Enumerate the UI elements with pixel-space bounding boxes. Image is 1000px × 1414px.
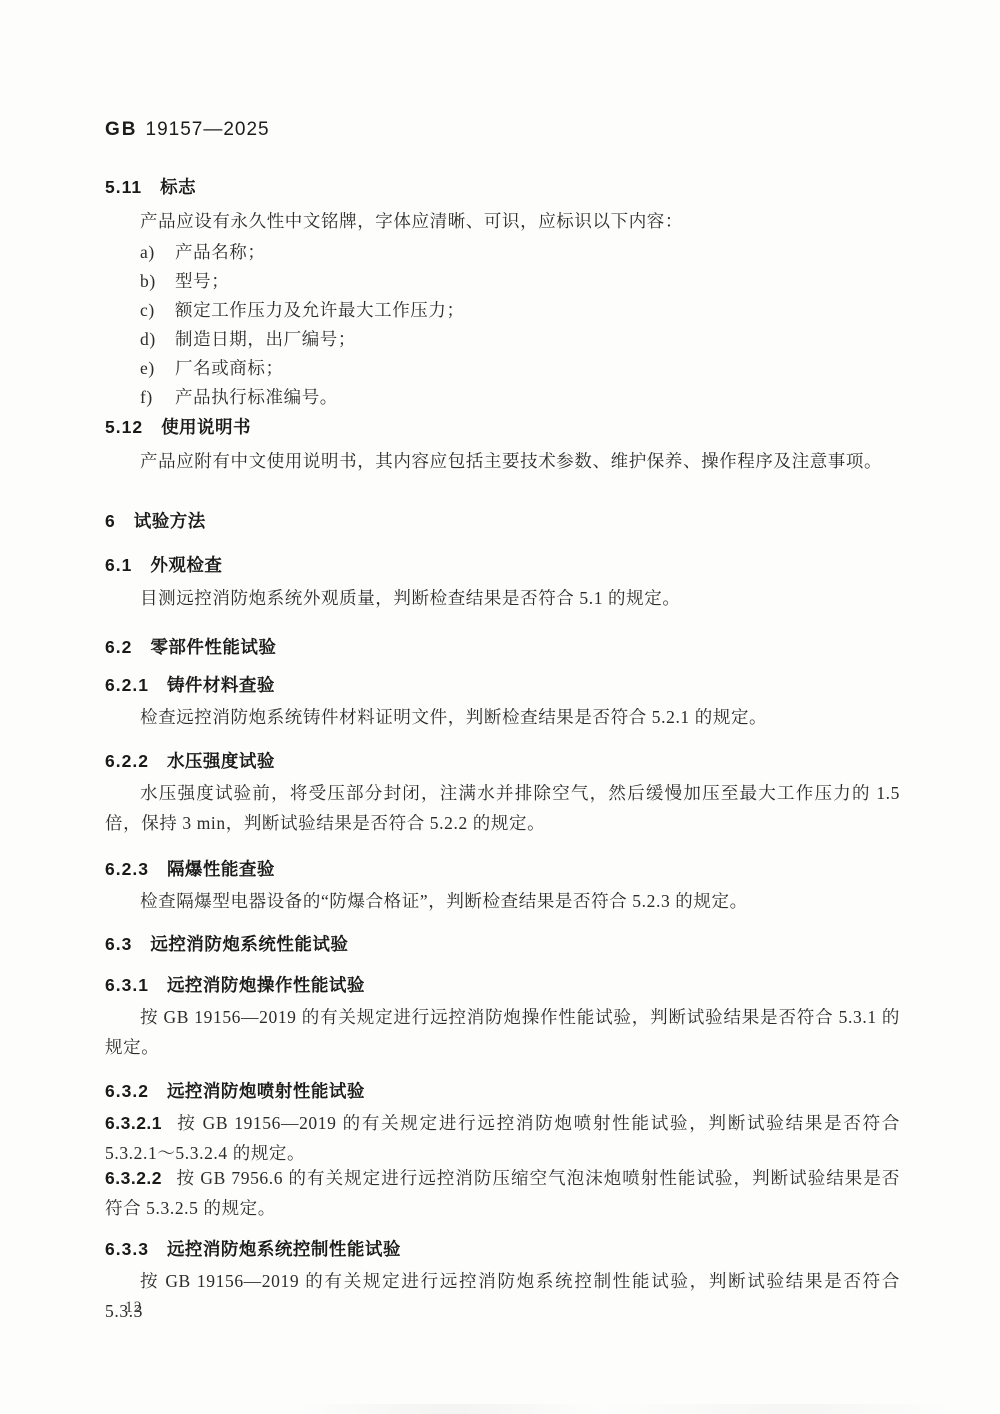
paragraph-5-11-intro: 产品应设有永久性中文铭牌，字体应清晰、可识，应标识以下内容： — [105, 206, 900, 236]
list-item: b)型号； — [140, 267, 900, 296]
page-number: 12 — [125, 1298, 143, 1318]
heading-number: 6.3.2 — [105, 1081, 149, 1101]
heading-5-11: 5.11标志 — [105, 177, 196, 197]
standard-code-header: GB19157—2025 — [105, 119, 270, 141]
heading-number: 6.1 — [105, 555, 132, 575]
heading-6-2-1: 6.2.1铸件材料查验 — [105, 675, 275, 695]
heading-number: 6 — [105, 511, 116, 531]
heading-6-3-2: 6.3.2远控消防炮喷射性能试验 — [105, 1081, 365, 1101]
heading-title: 隔爆性能查验 — [167, 859, 275, 879]
clause-text: 按 GB 19156—2019 的有关规定进行远控消防炮喷射性能试验，判断试验结… — [105, 1113, 900, 1163]
heading-title: 试验方法 — [134, 511, 206, 531]
list-item: e)厂名或商标； — [140, 354, 900, 383]
heading-title: 使用说明书 — [161, 417, 251, 437]
paragraph-6-2-1: 检查远控消防炮系统铸件材料证明文件，判断检查结果是否符合 5.2.1 的规定。 — [105, 702, 900, 732]
list-item-text: 产品执行标准编号。 — [175, 383, 338, 412]
heading-number: 6.3.1 — [105, 975, 149, 995]
heading-number: 5.11 — [105, 177, 142, 197]
heading-number: 6.2.3 — [105, 859, 149, 879]
paragraph-6-3-2-1: 6.3.2.1按 GB 19156—2019 的有关规定进行远控消防炮喷射性能试… — [105, 1108, 900, 1168]
list-item-marker: c) — [140, 296, 175, 325]
heading-title: 标志 — [160, 177, 196, 197]
heading-6: 6试验方法 — [105, 511, 206, 531]
list-item-text: 制造日期，出厂编号； — [175, 325, 356, 354]
heading-number: 6.2.2 — [105, 751, 149, 771]
heading-6-3-1: 6.3.1远控消防炮操作性能试验 — [105, 975, 365, 995]
list-item-text: 厂名或商标； — [175, 354, 284, 383]
heading-title: 零部件性能试验 — [150, 637, 276, 657]
list-item-marker: d) — [140, 325, 175, 354]
paragraph-6-3-3: 按 GB 19156—2019 的有关规定进行远控消防炮系统控制性能试验，判断试… — [105, 1266, 900, 1326]
list-item-marker: a) — [140, 238, 175, 267]
heading-title: 远控消防炮操作性能试验 — [167, 975, 365, 995]
list-item: d)制造日期，出厂编号； — [140, 325, 900, 354]
standard-code-number: 19157—2025 — [146, 119, 270, 140]
heading-title: 远控消防炮系统性能试验 — [150, 934, 348, 954]
heading-number: 6.3 — [105, 934, 132, 954]
paragraph-6-1: 目测远控消防炮系统外观质量，判断检查结果是否符合 5.1 的规定。 — [105, 583, 900, 613]
list-item-text: 产品名称； — [175, 238, 266, 267]
list-item-marker: b) — [140, 267, 175, 296]
list-item-text: 额定工作压力及允许最大工作压力； — [175, 296, 465, 325]
heading-number: 6.2.1 — [105, 675, 149, 695]
heading-6-2-2: 6.2.2水压强度试验 — [105, 751, 275, 771]
paragraph-6-3-1: 按 GB 19156—2019 的有关规定进行远控消防炮操作性能试验，判断试验结… — [105, 1002, 900, 1062]
heading-6-1: 6.1外观检查 — [105, 555, 222, 575]
heading-6-3-3: 6.3.3远控消防炮系统控制性能试验 — [105, 1239, 401, 1259]
heading-title: 远控消防炮系统控制性能试验 — [167, 1239, 401, 1259]
heading-6-2-3: 6.2.3隔爆性能查验 — [105, 859, 275, 879]
list-item-text: 型号； — [175, 267, 229, 296]
heading-title: 水压强度试验 — [167, 751, 275, 771]
inline-clause-number: 6.3.2.2 — [105, 1168, 162, 1188]
heading-title: 外观检查 — [150, 555, 222, 575]
heading-number: 6.3.3 — [105, 1239, 149, 1259]
heading-title: 远控消防炮喷射性能试验 — [167, 1081, 365, 1101]
paragraph-5-12: 产品应附有中文使用说明书，其内容应包括主要技术参数、维护保养、操作程序及注意事项… — [105, 446, 900, 476]
paragraph-6-3-2-2: 6.3.2.2按 GB 7956.6 的有关规定进行远控消防压缩空气泡沫炮喷射性… — [105, 1163, 900, 1223]
list-item-marker: e) — [140, 354, 175, 383]
heading-number: 6.2 — [105, 637, 132, 657]
inline-clause-number: 6.3.2.1 — [105, 1113, 162, 1133]
heading-5-12: 5.12使用说明书 — [105, 417, 251, 437]
paragraph-6-2-2: 水压强度试验前，将受压部分封闭，注满水并排除空气，然后缓慢加压至最大工作压力的 … — [105, 778, 900, 838]
nameplate-items-list: a)产品名称； b)型号； c)额定工作压力及允许最大工作压力； d)制造日期，… — [140, 238, 900, 412]
heading-number: 5.12 — [105, 417, 143, 437]
list-item: c)额定工作压力及允许最大工作压力； — [140, 296, 900, 325]
scan-bleed-artifact — [0, 1404, 1000, 1414]
paragraph-6-2-3: 检查隔爆型电器设备的“防爆合格证”，判断检查结果是否符合 5.2.3 的规定。 — [105, 886, 900, 916]
clause-text: 按 GB 7956.6 的有关规定进行远控消防压缩空气泡沫炮喷射性能试验，判断试… — [105, 1168, 900, 1218]
standard-document-page: GB19157—2025 5.11标志 产品应设有永久性中文铭牌，字体应清晰、可… — [0, 0, 1000, 1414]
list-item-marker: f) — [140, 383, 175, 412]
heading-6-3: 6.3远控消防炮系统性能试验 — [105, 934, 348, 954]
heading-title: 铸件材料查验 — [167, 675, 275, 695]
heading-6-2: 6.2零部件性能试验 — [105, 637, 276, 657]
standard-code-prefix: GB — [105, 119, 138, 140]
list-item: a)产品名称； — [140, 238, 900, 267]
list-item: f)产品执行标准编号。 — [140, 383, 900, 412]
